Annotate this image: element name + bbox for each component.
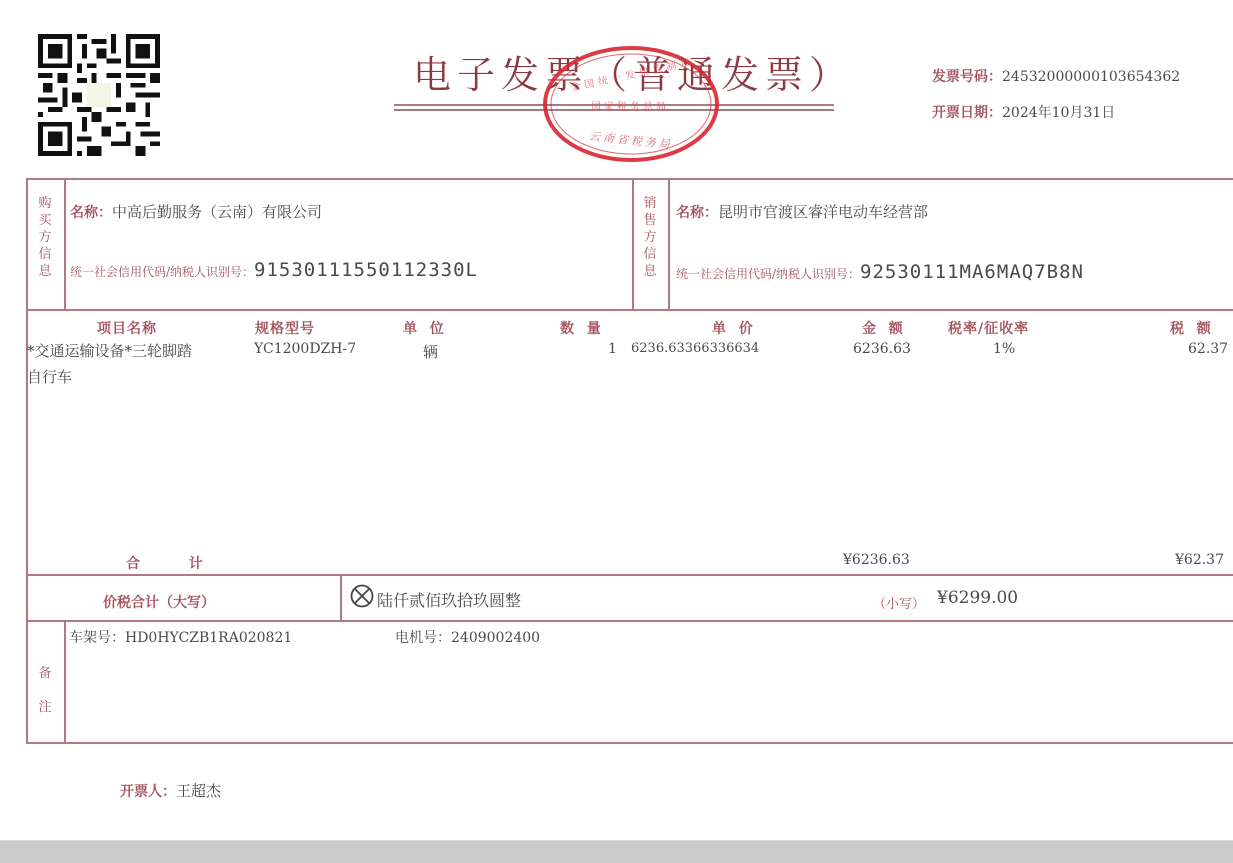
total-label: 合 计 [126, 553, 203, 573]
total-amount: ¥6236.63 [843, 552, 910, 568]
header-spec: 规格型号 [255, 318, 315, 338]
remarks-label-divider [64, 620, 66, 744]
frame-number-row: 车架号：HD0HYCZB1RA020821 [69, 627, 292, 647]
grand-total-small-value: ¥6299.00 [937, 588, 1018, 608]
grand-total-small-label: （小写） [873, 593, 925, 612]
frame-left [26, 178, 28, 744]
invoice-date: 2024年10月31日 [1002, 105, 1115, 121]
cross-circle-icon [350, 584, 374, 608]
buyer-taxid-label: 统一社会信用代码/纳税人识别号： [70, 265, 254, 279]
issuer-row: 开票人：王超杰 [120, 780, 221, 801]
item-tax: 62.37 [1188, 341, 1228, 357]
frame-bottom [26, 742, 1233, 744]
invoice-date-row: 开票日期：2024年10月31日 [932, 102, 1115, 122]
grand-total-divider [340, 574, 342, 621]
item-spec: YC1200DZH-7 [254, 341, 356, 357]
item-qty: 1 [608, 341, 617, 357]
item-amount: 6236.63 [853, 341, 911, 357]
frame-number-label: 车架号： [69, 630, 125, 646]
stamp-middle-text: 国家税务总局 [591, 98, 669, 113]
buyer-seller-divider [632, 178, 634, 310]
header-unit: 单 位 [403, 318, 445, 338]
frame-number: HD0HYCZB1RA020821 [125, 630, 292, 646]
buyer-taxid: 91530111550112330L [254, 259, 478, 281]
divider-totals [26, 574, 1233, 576]
invoice-number: 24532000000103654362 [1002, 69, 1180, 85]
viewer-bottom-bar [0, 840, 1233, 863]
buyer-name: 中高后勤服务（云南）有限公司 [112, 203, 322, 221]
buyer-section-label: 购买方信息 [35, 195, 55, 280]
seller-name: 昆明市官渡区睿洋电动车经营部 [718, 203, 928, 221]
grand-total-label: 价税合计（大写） [103, 592, 215, 612]
issuer-name: 王超杰 [176, 782, 221, 800]
grand-total-words: 陆仟贰佰玖拾玖圆整 [377, 588, 521, 611]
header-amount: 金 额 [862, 318, 904, 338]
seller-name-row: 名称：昆明市官渡区睿洋电动车经营部 [676, 201, 928, 222]
frame-top [26, 178, 1233, 180]
total-tax: ¥62.37 [1175, 552, 1224, 568]
tax-seal-stamp: 全国统一发票监制章 国家税务总局 云南省税务局 [541, 44, 721, 164]
divider-grand-total [26, 620, 1233, 622]
seller-taxid-label: 统一社会信用代码/纳税人识别号： [676, 267, 860, 281]
invoice-number-row: 发票号码：24532000000103654362 [932, 66, 1180, 86]
divider-parties [26, 309, 1233, 311]
item-price: 6236.63366336634 [631, 341, 759, 356]
header-rate: 税率/征收率 [948, 318, 1029, 338]
item-name-line2: 自行车 [27, 366, 72, 387]
header-qty: 数 量 [560, 318, 602, 338]
invoice-number-label: 发票号码： [932, 69, 1002, 85]
item-unit: 辆 [423, 341, 438, 362]
seller-taxid: 92530111MA6MAQ7B8N [860, 261, 1084, 283]
buyer-label-divider [64, 178, 66, 310]
seller-label-divider [668, 178, 670, 310]
issuer-label: 开票人： [120, 784, 176, 800]
seller-name-label: 名称： [676, 205, 718, 221]
header-item-name: 项目名称 [97, 318, 157, 338]
item-name-line1: *交通运输设备*三轮脚踏 [27, 340, 192, 361]
seller-section-label: 销售方信息 [640, 195, 660, 280]
buyer-taxid-row: 统一社会信用代码/纳税人识别号：91530111550112330L [70, 259, 478, 281]
qr-code [38, 34, 160, 156]
remarks-section-label: 备注 [35, 657, 55, 725]
motor-number: 2409002400 [451, 630, 540, 646]
item-rate: 1% [993, 341, 1015, 357]
motor-number-row: 电机号：2409002400 [395, 627, 540, 647]
seller-taxid-row: 统一社会信用代码/纳税人识别号：92530111MA6MAQ7B8N [676, 261, 1084, 283]
invoice-date-label: 开票日期： [932, 105, 1002, 121]
buyer-name-row: 名称：中高后勤服务（云南）有限公司 [70, 201, 322, 222]
header-tax: 税 额 [1170, 318, 1212, 338]
buyer-name-label: 名称： [70, 205, 112, 221]
motor-number-label: 电机号： [395, 630, 451, 646]
header-price: 单 价 [712, 318, 754, 338]
